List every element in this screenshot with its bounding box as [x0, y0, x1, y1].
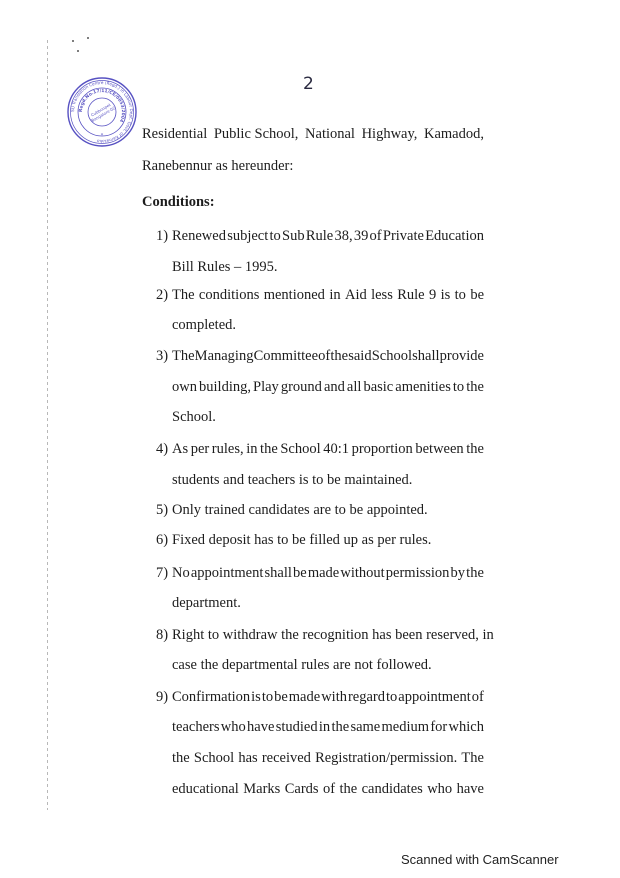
page-number: 2 — [303, 74, 314, 94]
official-stamp-icon: SU Translation Centre (Regd.) in Labour … — [66, 76, 138, 148]
condition-number: 3) — [156, 348, 168, 365]
condition-line: Noappointmentshallbemadewithoutpermissio… — [172, 565, 484, 582]
condition-line: Bill Rules – 1995. — [172, 259, 278, 276]
condition-number: 7) — [156, 565, 168, 582]
condition-line: Asperrules,intheSchool40:1proportionbetw… — [172, 441, 484, 458]
condition-line: case the departmental rules are not foll… — [172, 657, 432, 674]
condition-line: department. — [172, 595, 241, 612]
condition-line: students and teachers is to be maintaine… — [172, 472, 412, 489]
condition-line: TheManagingCommitteeofthesaidSchoolshall… — [172, 348, 484, 365]
condition-line: School. — [172, 409, 216, 426]
conditions-heading: Conditions: — [142, 194, 215, 211]
intro-word: Residential — [142, 126, 207, 143]
condition-number: 9) — [156, 689, 168, 706]
condition-line: teacherswhohavestudiedinthesamemediumfor… — [172, 719, 484, 736]
intro-word: Highway, — [362, 126, 418, 143]
condition-number: 6) — [156, 532, 168, 549]
condition-number: 5) — [156, 502, 168, 519]
scan-specks — [70, 30, 100, 55]
condition-line: educationalMarksCardsofthecandidateswhoh… — [172, 781, 484, 798]
condition-line: Only trained candidates are to be appoin… — [172, 502, 428, 519]
condition-line: RenewedsubjecttoSubRule38,39ofPrivateEdu… — [172, 228, 484, 245]
condition-line: ownbuilding,Playgroundandallbasicameniti… — [172, 379, 484, 396]
intro-line-1: Residential Public School, National High… — [142, 126, 484, 143]
condition-number: 2) — [156, 287, 168, 304]
condition-line: completed. — [172, 317, 236, 334]
condition-number: 4) — [156, 441, 168, 458]
condition-line: theSchoolhasreceivedRegistration/permiss… — [172, 750, 484, 767]
intro-line-2: Ranebennur as hereunder: — [142, 158, 293, 175]
condition-line: Confirmationistobemadewithregardtoappoin… — [172, 689, 484, 706]
condition-number: 8) — [156, 627, 168, 644]
intro-word: Public School, — [214, 126, 299, 143]
margin-line — [47, 40, 48, 810]
condition-line: TheconditionsmentionedinAidlessRule9isto… — [172, 287, 484, 304]
intro-word: Kamadod, — [424, 126, 484, 143]
scanner-watermark: Scanned with CamScanner — [401, 852, 559, 867]
intro-word: National — [305, 126, 355, 143]
condition-line: Right to withdraw the recognition has be… — [172, 627, 494, 644]
condition-number: 1) — [156, 228, 168, 245]
condition-line: Fixed deposit has to be filled up as per… — [172, 532, 431, 549]
